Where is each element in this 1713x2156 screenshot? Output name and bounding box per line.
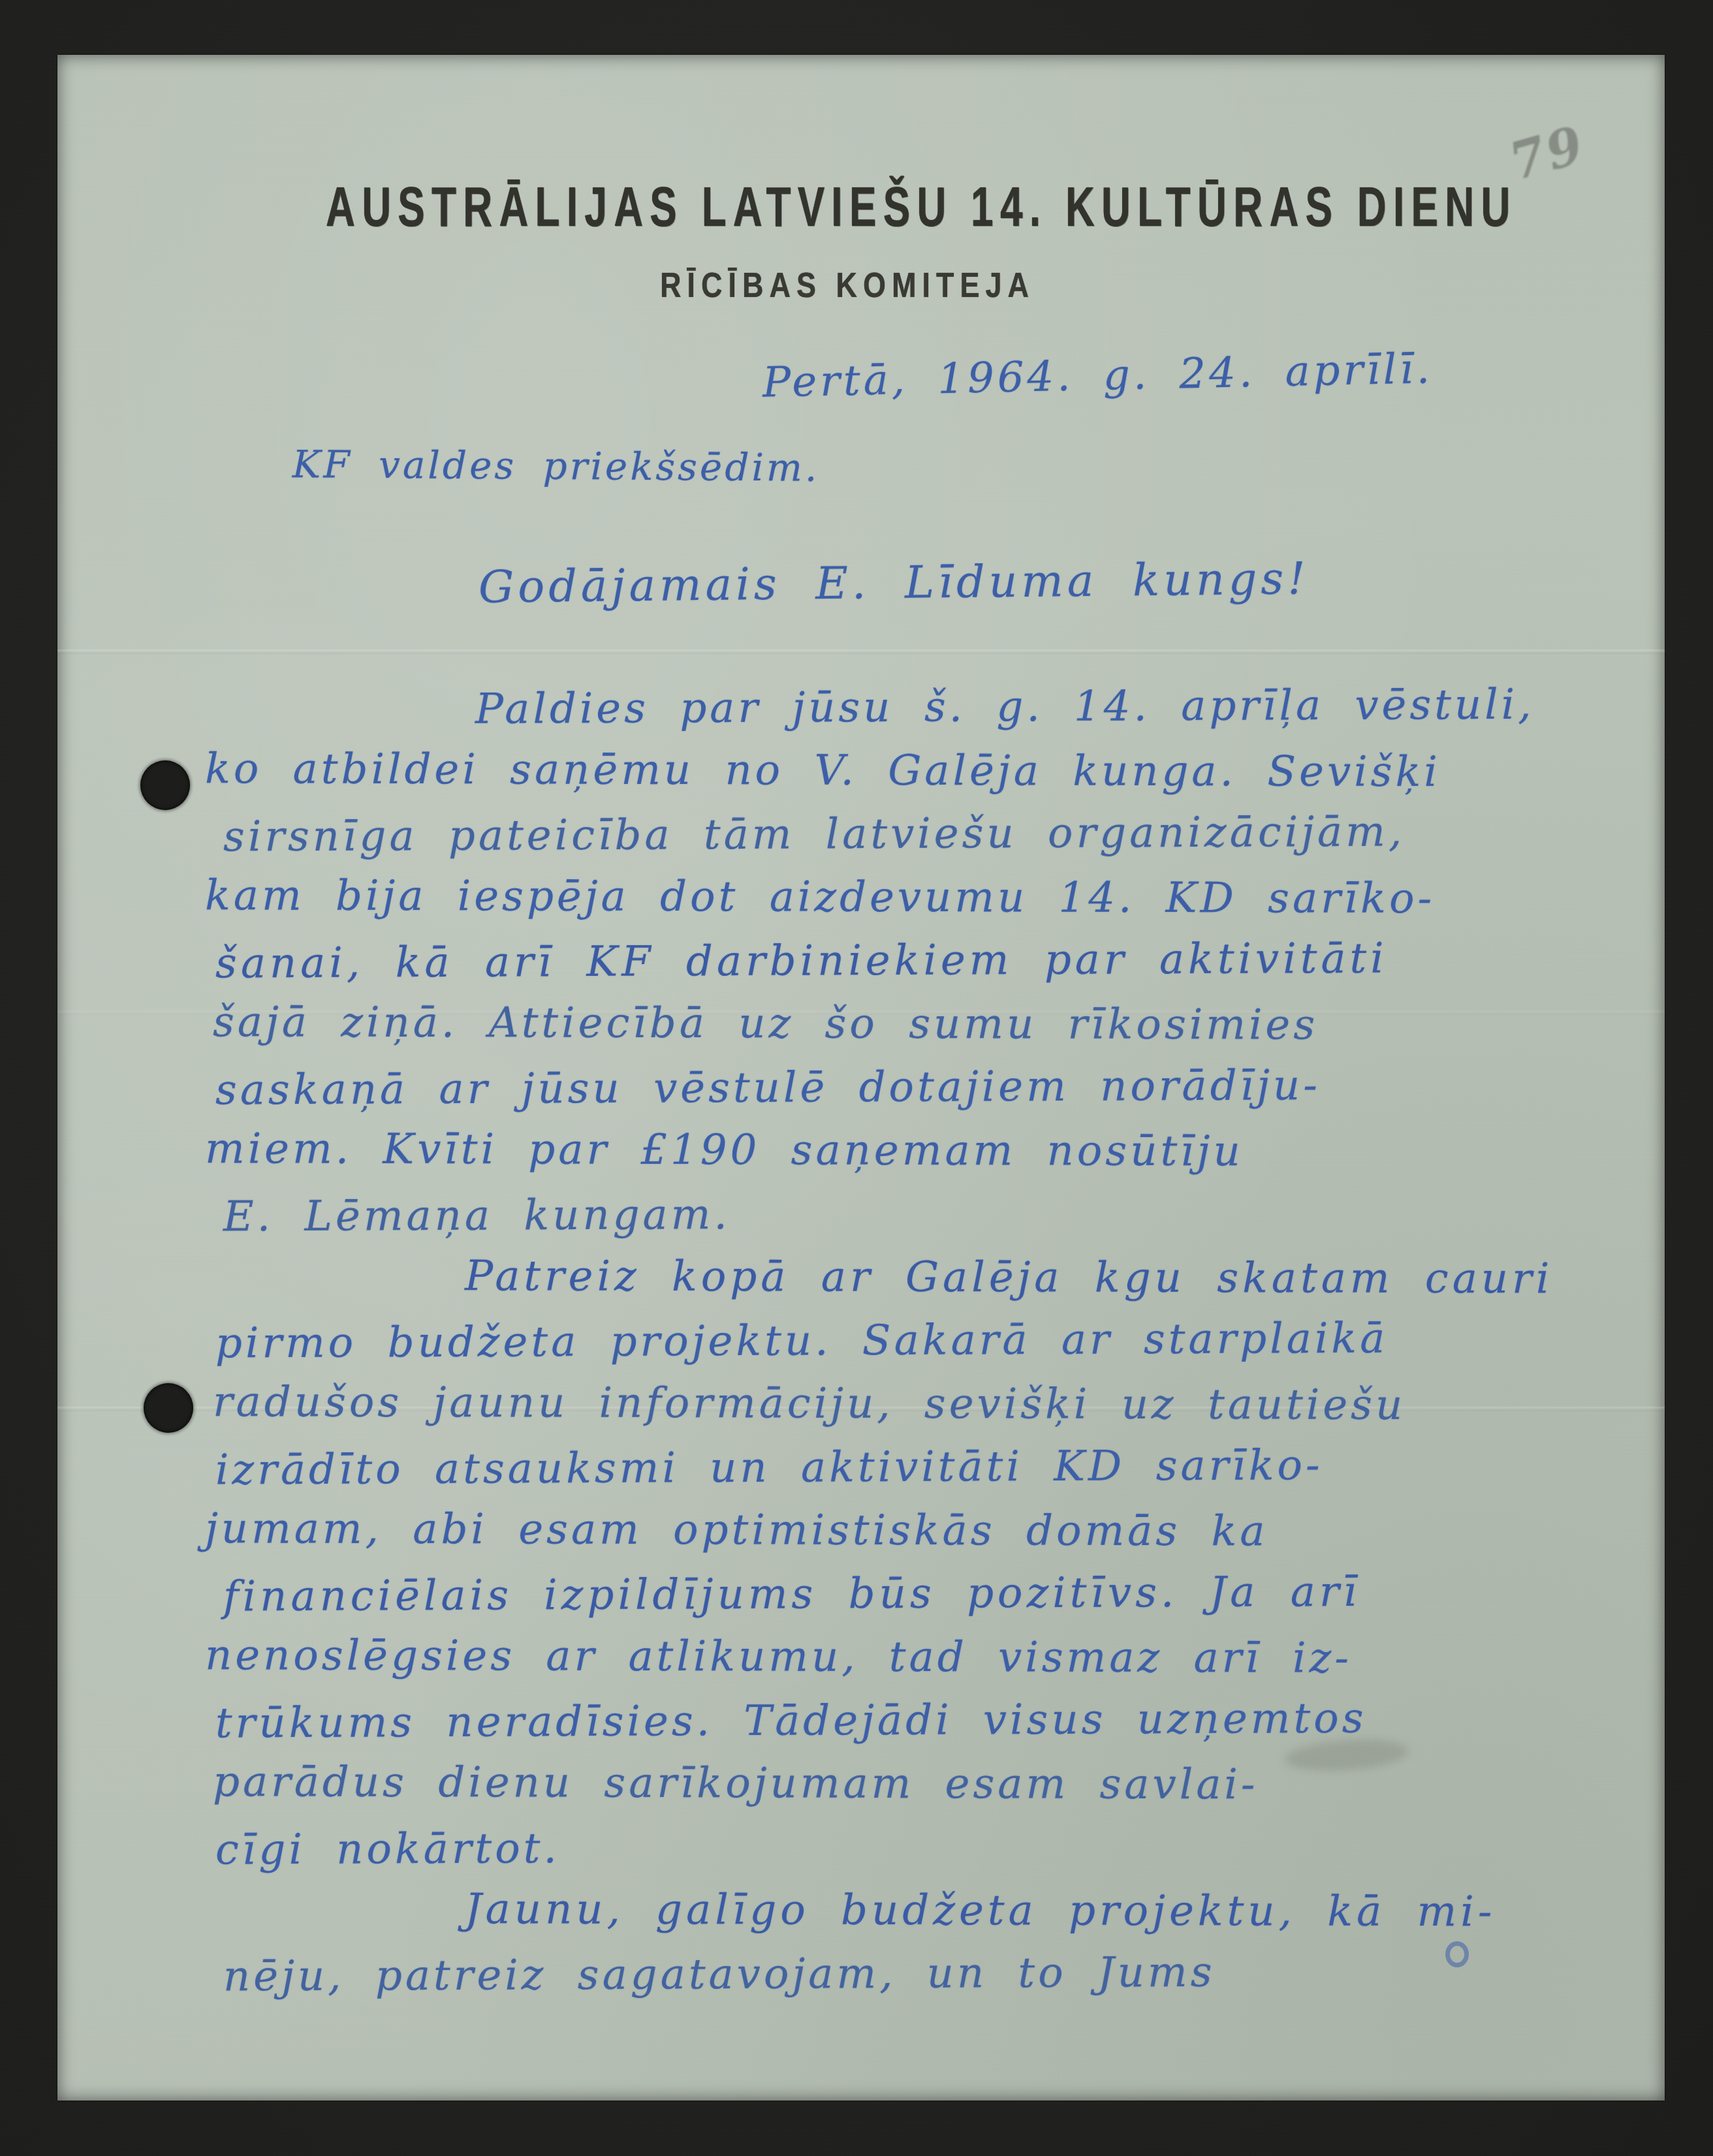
handwritten-line: E. Lēmaņa kungam. <box>215 1180 1599 1249</box>
handwritten-line: Patreiz kopā ar Galēja kgu skatam cauri <box>205 1244 1589 1311</box>
pencil-folio-number: 79 <box>1503 115 1592 193</box>
handwritten-line: sirsnīga pateicība tām latviešu organizā… <box>215 800 1599 869</box>
handwritten-recipient-line: KF valdes priekšsēdim. <box>292 442 820 490</box>
scanned-letter-screenshot: { "document": { "kind": "scanned handwri… <box>0 0 1713 2156</box>
handwritten-line: Jaunu, galīgo budžeta projektu, kā mi- <box>205 1877 1589 1945</box>
handwritten-letter-body: Paldies par jūsu š. g. 14. aprīļa vēstul… <box>206 676 1590 2006</box>
hole-punch-bottom <box>144 1383 193 1433</box>
letterhead: AUSTRĀLIJAS LATVIEŠU 14. KULTŪRAS DIENU … <box>292 117 1402 299</box>
handwritten-line: nēju, patreiz sagatavojam, un to Jums <box>215 1939 1599 2008</box>
handwritten-line: nenoslēgsies ar atlikumu, tad vismaz arī… <box>205 1624 1589 1691</box>
handwritten-line: jumam, abi esam optimistiskās domās ka <box>205 1497 1589 1565</box>
handwritten-line: šanai, kā arī KF darbiniekiem par aktivi… <box>215 926 1599 995</box>
hole-punch-top <box>140 760 190 810</box>
handwritten-dateline: Pertā, 1964. g. 24. aprīlī. <box>762 345 1433 407</box>
handwritten-salutation: Godājamais E. Līduma kungs! <box>479 553 1310 613</box>
letterhead-committee-name: RĪCĪBAS KOMITEJA <box>292 265 1402 305</box>
handwritten-line: cīgi nokārtot. <box>215 1813 1599 1882</box>
handwritten-line: financiēlais izpildījums būs pozitīvs. J… <box>215 1559 1599 1629</box>
fold-crease-upper <box>57 649 1665 654</box>
handwritten-line: kam bija iespēja dot aizdevumu 14. KD sa… <box>205 864 1589 931</box>
letterhead-organization-name: AUSTRĀLIJAS LATVIEŠU 14. KULTŪRAS DIENU <box>326 175 1369 238</box>
handwritten-line: šajā ziņā. Attiecībā uz šo sumu rīkosimi… <box>205 991 1589 1058</box>
handwritten-line: Paldies par jūsu š. g. 14. aprīļa vēstul… <box>215 673 1599 742</box>
stray-ink-mark <box>1445 1941 1469 1967</box>
handwritten-line: saskaņā ar jūsu vēstulē dotajiem norādīj… <box>215 1053 1599 1122</box>
handwritten-line: ko atbildei saņēmu no V. Galēja kunga. S… <box>205 738 1589 805</box>
handwritten-line: pirmo budžeta projektu. Sakarā ar starpl… <box>215 1306 1599 1375</box>
handwritten-line: izrādīto atsauksmi un aktivitāti KD sarī… <box>215 1433 1599 1502</box>
handwritten-line: radušos jaunu informāciju, sevišķi uz ta… <box>205 1371 1589 1438</box>
handwritten-line: miem. Kvīti par £190 saņemam nosūtīju <box>205 1117 1589 1185</box>
letter-paper: AUSTRĀLIJAS LATVIEŠU 14. KULTŪRAS DIENU … <box>57 55 1665 2101</box>
